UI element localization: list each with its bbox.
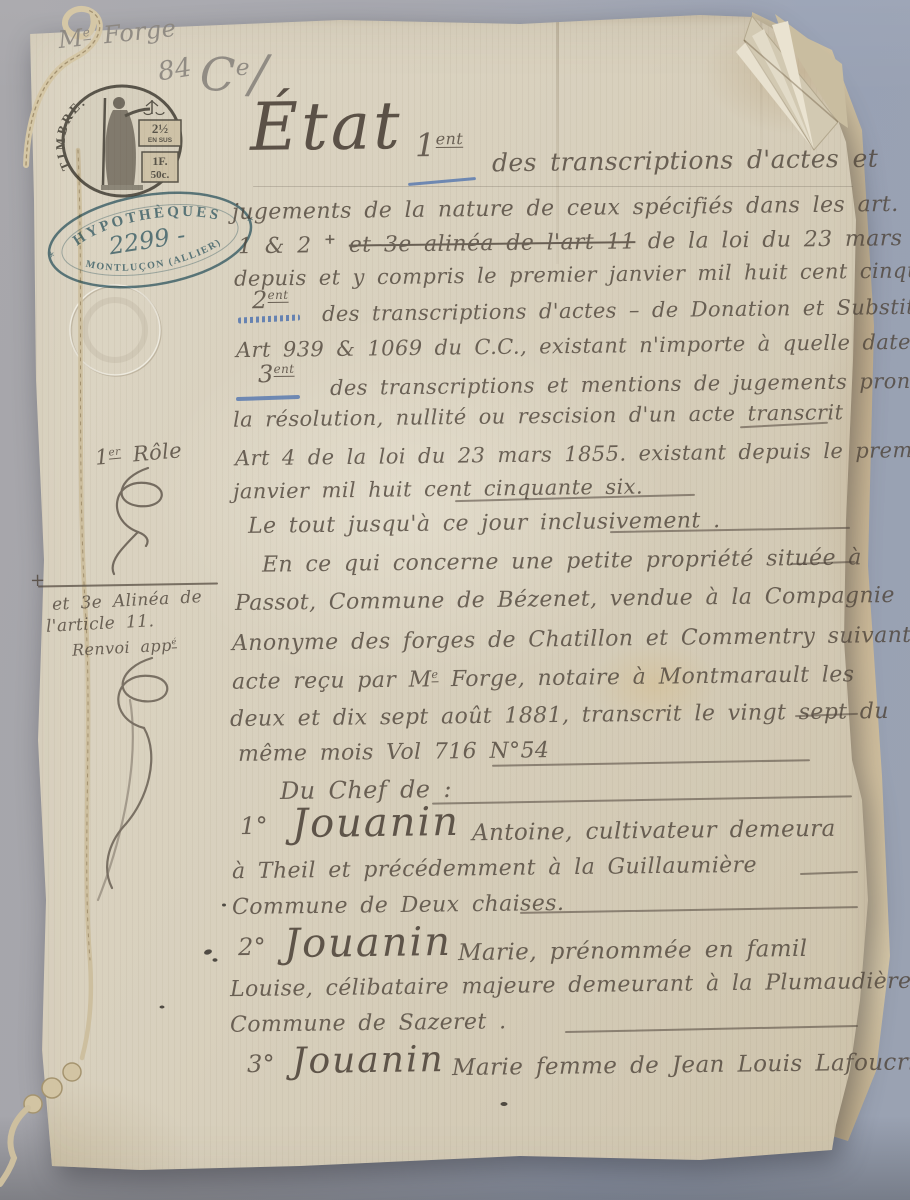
p2-sup: ent: [268, 288, 289, 302]
manuscript-line: Commune de Deux chaises.: [232, 891, 565, 920]
classmark-sup: e: [235, 55, 250, 81]
paragraph2-number: 2ent: [252, 286, 289, 314]
l15-pre: acte reçu par M: [232, 667, 432, 694]
margin-insert-mark: +: [30, 570, 46, 591]
paper-crease: [760, 18, 762, 148]
l3-caret-mark: +: [324, 232, 337, 248]
entry2-number: 2°: [238, 933, 266, 961]
entry2-details: Marie, prénommée en famil: [458, 936, 808, 966]
manuscript-line: janvier mil huit cent cinquante six.: [233, 474, 643, 503]
role-sup: er: [108, 446, 121, 459]
classmark-pre: C: [199, 47, 236, 102]
faint-baseline-rule: [253, 186, 853, 187]
manuscript-line: même mois Vol 716 N°54: [238, 738, 550, 767]
p2-num: 2: [252, 286, 268, 314]
p3-num: 3: [258, 360, 274, 388]
entry3-details: Marie femme de Jean Louis Lafoucrière: [452, 1049, 910, 1081]
entry1-number: 1°: [240, 812, 268, 840]
entry1-details: Antoine, cultivateur demeura: [472, 816, 836, 846]
entry2-surname: Jouanin: [284, 919, 453, 967]
manuscript-line: Commune de Sazeret .: [230, 1009, 507, 1037]
l3-before: 1 & 2: [238, 233, 312, 259]
paragraph3-number: 3ent: [258, 360, 295, 388]
entry3-number: 3°: [247, 1050, 275, 1078]
renvoi-sup: é: [171, 637, 177, 646]
entry3-surname: Jouanin: [292, 1039, 445, 1082]
pencil-folio-number: 84: [156, 53, 194, 88]
entry1-surname: Jouanin: [292, 799, 461, 847]
l3-after: de la loi du 23 mars 1855, exist: [648, 224, 910, 254]
l15-post: Forge, notaire à Montmarault les: [438, 662, 854, 692]
title-num-sup: ent: [436, 129, 464, 148]
p3-sup: ent: [274, 362, 295, 376]
document-photo: TIMBRE. 2½ EN SUS 1F. 50c. HYPOTHÈQUES: [0, 0, 910, 1200]
title-rest: des transcriptions d'actes et: [492, 144, 878, 178]
l3-struck-text: et 3e alinéa de l'art 11: [349, 229, 636, 257]
notary-pre: M: [57, 24, 85, 54]
title-num: 1: [415, 126, 436, 164]
title-number: 1ent: [415, 126, 464, 165]
title-word: État: [250, 87, 404, 166]
paper-crease: [556, 14, 559, 264]
